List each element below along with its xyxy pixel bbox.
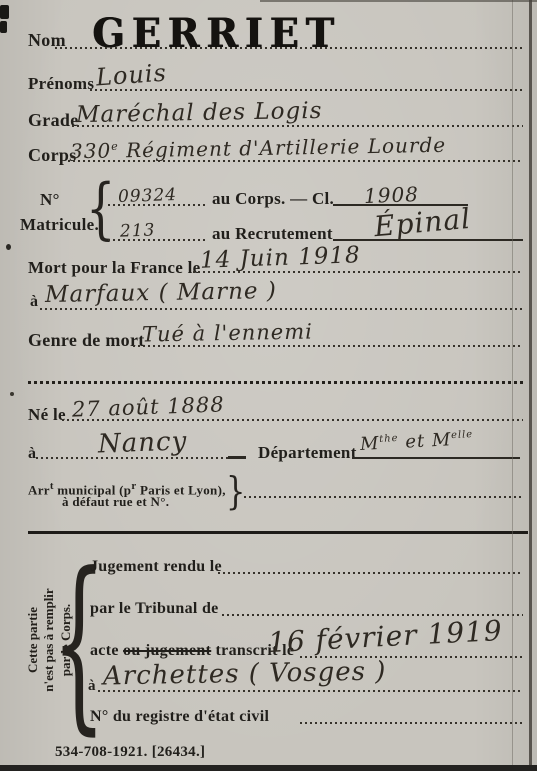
au-recrutement-label: au Recrutement <box>212 224 333 244</box>
transcription-value: 16 février 1919 <box>267 614 503 659</box>
recrutement-lieu-line <box>333 239 523 241</box>
footer-reference: 534-708-1921. [26434.] <box>55 744 205 761</box>
genre-mort-value: Tué à l'ennemi <box>142 320 313 347</box>
scan-artifact-left-dot-2 <box>10 392 14 396</box>
departement-value: Mthe et Melle <box>360 428 474 455</box>
registre-label: N° du registre d'état civil <box>90 708 269 726</box>
naissance-date-line <box>62 419 523 421</box>
classe-value: 1908 <box>364 182 420 208</box>
struck-ou-jugement: ou jugement <box>123 642 211 659</box>
scan-artifact-top-line <box>260 0 537 2</box>
mort-lieu-label: à <box>30 293 38 311</box>
jugement-label: Jugement rendu le <box>90 558 222 576</box>
grade-label: Grade <box>28 110 79 131</box>
tribunal-label: par le Tribunal de <box>90 600 219 618</box>
naissance-lieu-label: à <box>28 445 36 463</box>
grade-line <box>72 125 523 127</box>
scan-artifact-right-line <box>529 0 532 771</box>
prenoms-label: Prénoms <box>28 74 94 94</box>
grade-value: Maréchal des Logis <box>76 98 323 128</box>
naissance-lieu-line <box>36 457 228 459</box>
corps-line <box>68 160 523 162</box>
genre-mort-line <box>133 345 523 347</box>
arrondissement-line <box>244 496 523 498</box>
mort-date-label: Mort pour la France le <box>28 258 200 278</box>
prenoms-value: Louis <box>95 59 168 92</box>
arrondissement-brace: } <box>226 472 245 510</box>
naissance-date-label: Né le <box>28 405 66 425</box>
mort-date-value: 14 Juin 1918 <box>200 242 361 274</box>
mort-date-line <box>193 271 523 273</box>
mort-lieu-value: Marfaux ( Marne ) <box>45 278 277 308</box>
nom-line <box>55 47 523 49</box>
departement-label: Département <box>258 443 357 463</box>
matricule-recrutement-number: 213 <box>120 220 156 241</box>
section-separator <box>28 381 523 384</box>
matricule-brace: { <box>86 176 115 242</box>
death-record-card: Nom GERRIET Prénoms Louis Grade Maréchal… <box>0 0 537 771</box>
jugement-line <box>218 572 523 574</box>
transcription-lieu-value: Archettes ( Vosges ) <box>103 657 387 692</box>
scan-artifact-top-left-1 <box>0 5 9 19</box>
au-corps-label: au Corps. — Cl. <box>212 189 334 209</box>
transcription-label: acte ou jugement transcrit le <box>90 642 294 660</box>
matricule-corps-number: 09324 <box>118 185 178 207</box>
mort-lieu-line <box>40 308 523 310</box>
prenoms-line <box>90 89 523 91</box>
naissance-date-value: 27 août 1888 <box>72 392 225 421</box>
transcription-lieu-label: à <box>88 678 96 695</box>
registre-line <box>300 722 523 724</box>
arrondissement-label-line2: à défaut rue et N°. <box>62 494 169 510</box>
matricule-no-label: N° <box>40 190 60 210</box>
scan-artifact-top-left-2 <box>0 21 7 33</box>
recrutement-lieu-value: Épinal <box>373 202 473 243</box>
nom-value: GERRIET <box>92 9 341 56</box>
corps-value: 330e Régiment d'Artillerie Lourde <box>70 133 447 164</box>
scan-artifact-left-dot-1 <box>6 244 11 250</box>
naissance-lieu-line-end <box>228 456 246 459</box>
departement-line <box>352 457 520 459</box>
naissance-lieu-value: Nancy <box>98 426 188 459</box>
scan-artifact-bottom-band <box>0 765 537 771</box>
genre-mort-label: Genre de mort <box>28 330 145 351</box>
scan-artifact-right-line-faint <box>512 0 513 771</box>
